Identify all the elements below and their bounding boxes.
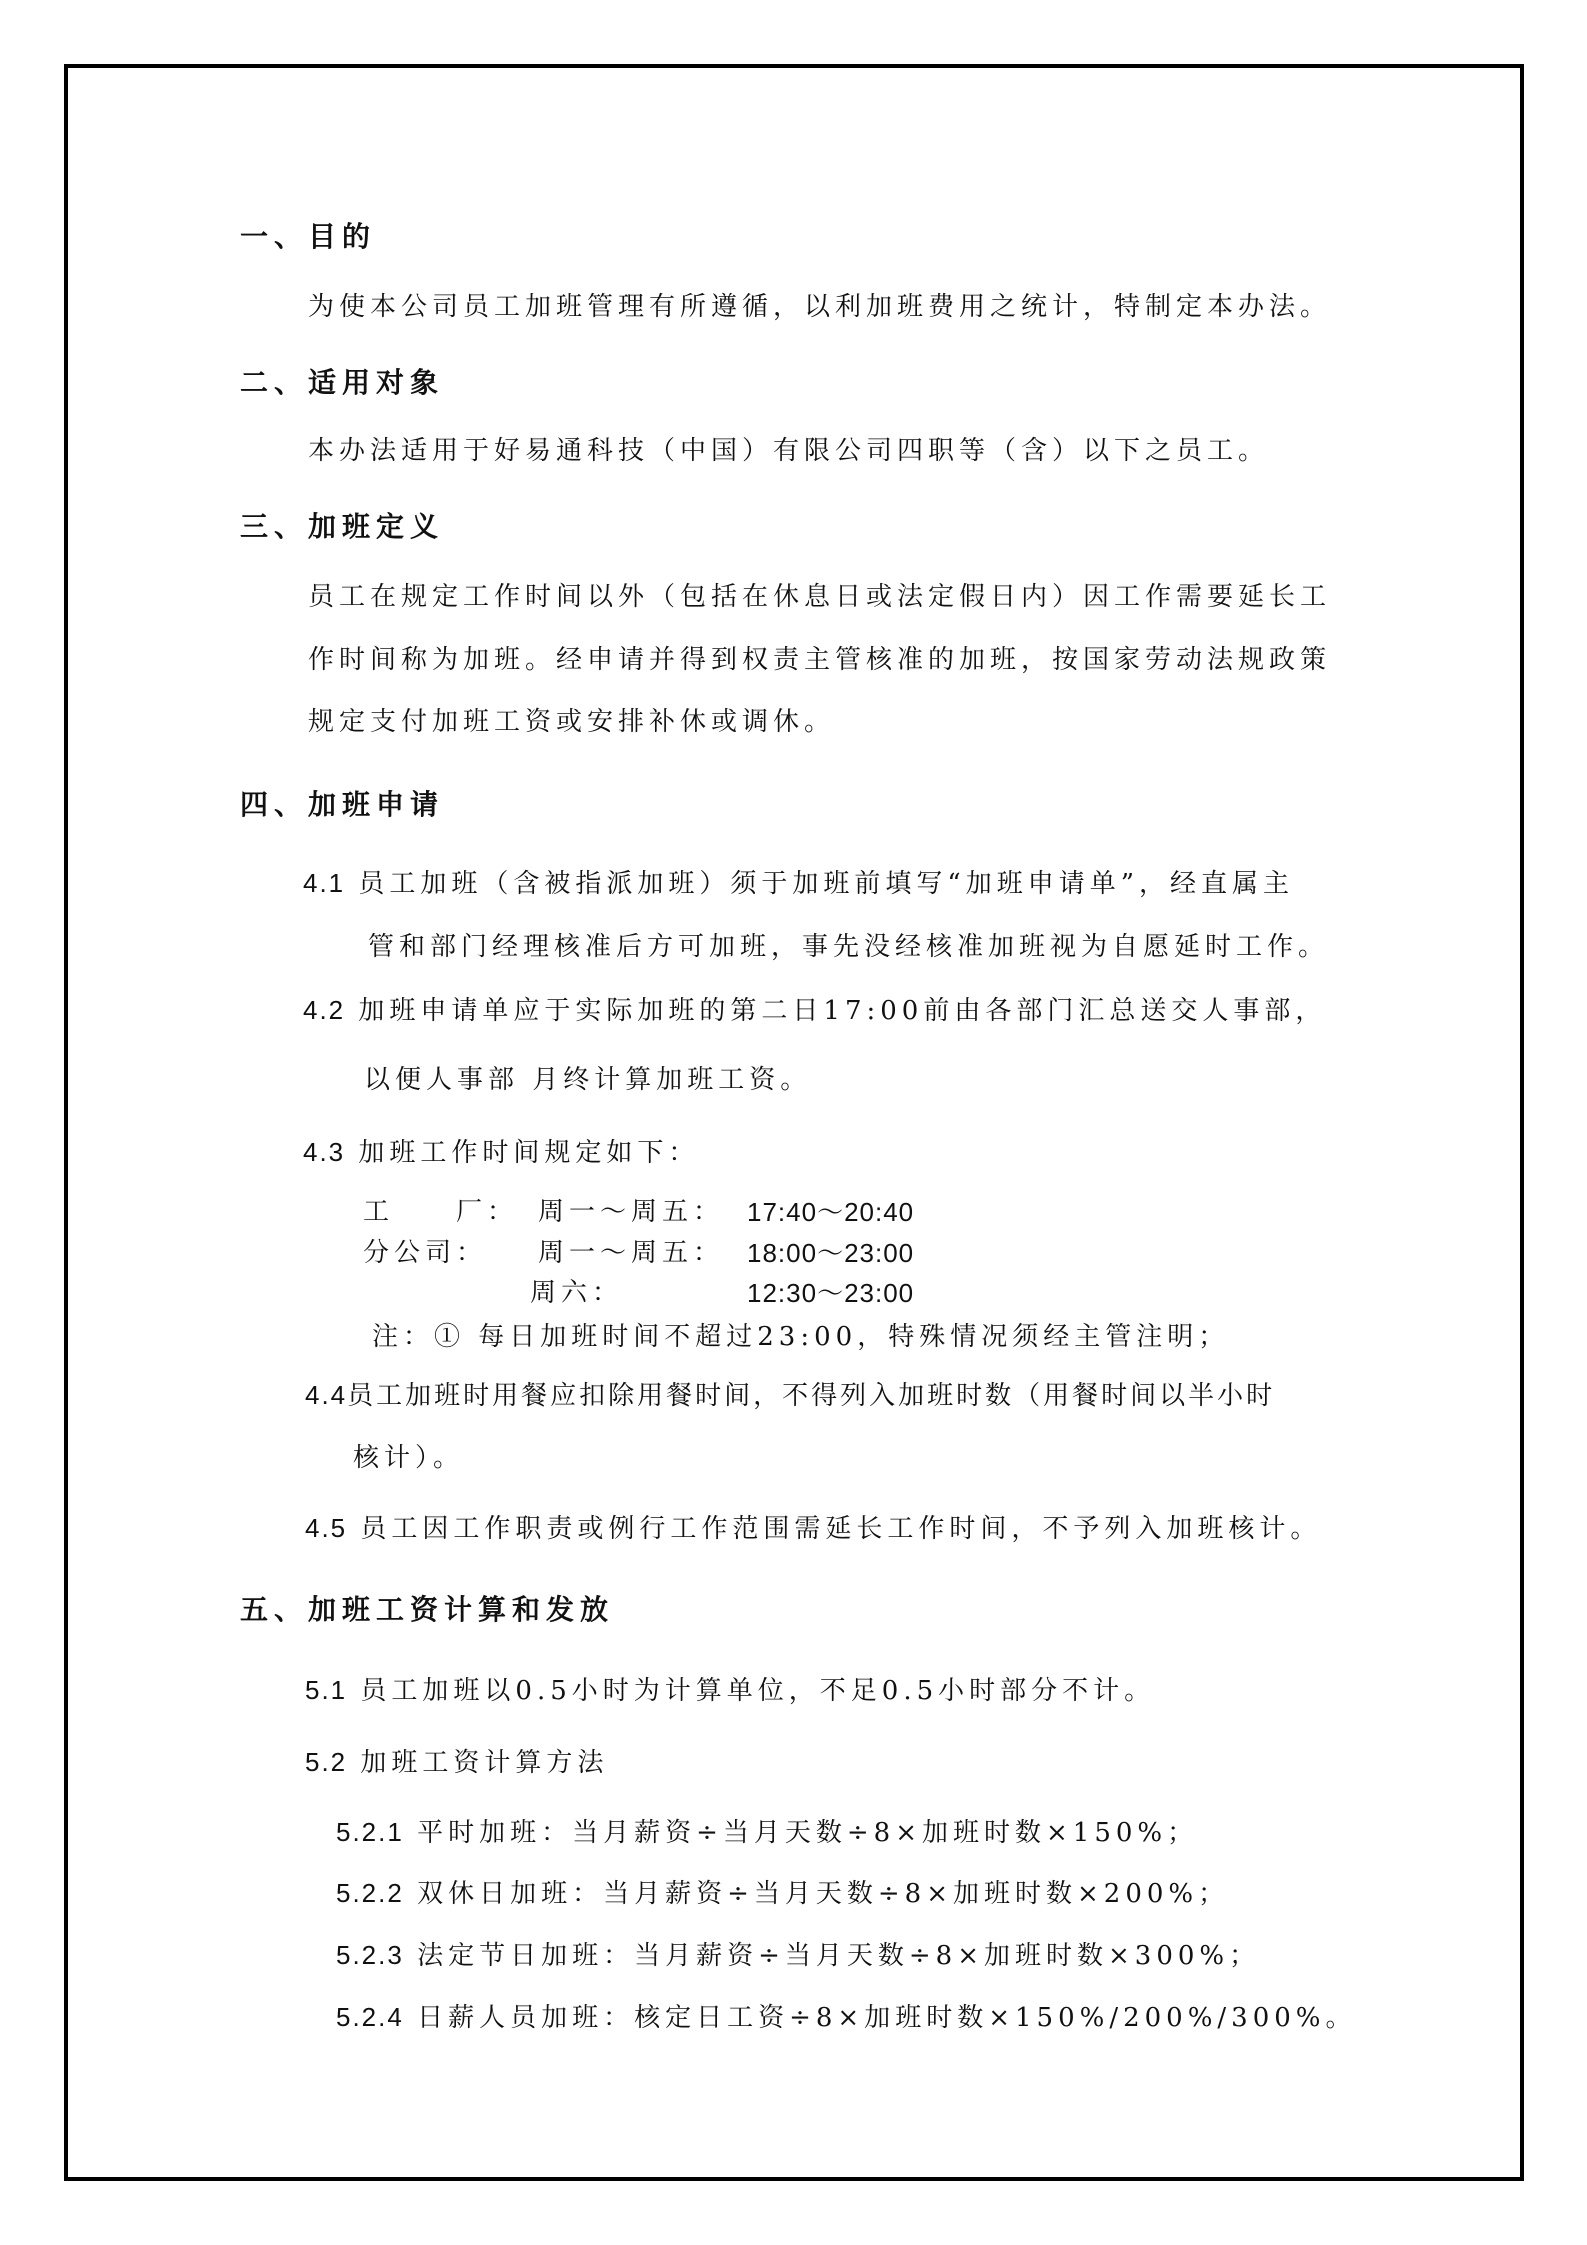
schedule-location: 分公司： [363, 1237, 487, 1269]
schedule-days: 周六： [530, 1277, 623, 1309]
item-4-5: 4.5 员工因工作职责或例行工作范围需延长工作时间，不予列入加班核计。 [305, 1512, 1321, 1545]
schedule-days: 周一～周五： [538, 1237, 724, 1269]
section-2-paragraph: 本办法适用于好易通科技（中国）有限公司四职等（含）以下之员工。 [308, 435, 1269, 467]
item-4-1: 4.1 员工加班（含被指派加班）须于加班前填写“加班申请单”，经直属主 [303, 867, 1294, 900]
schedule-location: 工 厂： [363, 1196, 518, 1228]
formula-5-2-1: 5.2.1 平时加班：当月薪资÷当月天数÷8×加班时数×150%； [336, 1816, 1198, 1849]
formula-text: 法定节日加班：当月薪资÷当月天数÷8×加班时数×300%； [417, 1941, 1260, 1971]
item-4-1-continuation: 管和部门经理核准后方可加班，事先没经核准加班视为自愿延时工作。 [368, 931, 1329, 963]
schedule-time: 17:40～20:40 [747, 1196, 914, 1228]
item-text: 员工加班时用餐应扣除用餐时间，不得列入加班时数（用餐时间以半小时 [347, 1381, 1275, 1411]
formula-5-2-4: 5.2.4 日薪人员加班：核定日工资÷8×加班时数×150%/200%/300%… [336, 2001, 1357, 2034]
item-number: 4.3 [303, 1137, 345, 1167]
schedule-time: 18:00～23:00 [747, 1237, 914, 1269]
item-number: 4.2 [303, 995, 345, 1025]
schedule-time: 12:30～23:00 [747, 1277, 914, 1309]
formula-5-2-3: 5.2.3 法定节日加班：当月薪资÷当月天数÷8×加班时数×300%； [336, 1939, 1260, 1972]
section-1-heading: 一、目的 [240, 221, 376, 253]
formula-5-2-2: 5.2.2 双休日加班：当月薪资÷当月天数÷8×加班时数×200%； [336, 1877, 1229, 1910]
item-number: 5.1 [305, 1675, 347, 1705]
item-number: 4.1 [303, 868, 345, 898]
section-4-heading: 四、加班申请 [240, 789, 444, 821]
section-1-paragraph: 为使本公司员工加班管理有所遵循，以利加班费用之统计，特制定本办法。 [308, 291, 1331, 323]
item-text: 加班工资计算方法 [360, 1748, 608, 1778]
section-3-heading: 三、加班定义 [240, 511, 444, 543]
item-4-2-continuation: 以便人事部 月终计算加班工资。 [364, 1064, 811, 1096]
item-5-2: 5.2 加班工资计算方法 [305, 1746, 608, 1779]
item-4-3: 4.3 加班工作时间规定如下： [303, 1136, 699, 1169]
item-number: 4.4 [305, 1380, 347, 1410]
item-number: 5.2.3 [336, 1940, 404, 1970]
formula-text: 日薪人员加班：核定日工资÷8×加班时数×150%/200%/300%。 [417, 2003, 1356, 2033]
item-text: 加班申请单应于实际加班的第二日17:00前由各部门汇总送交人事部， [358, 996, 1326, 1026]
section-3-paragraph-line: 作时间称为加班。经申请并得到权责主管核准的加班，按国家劳动法规政策 [308, 644, 1331, 676]
item-number: 5.2.4 [336, 2002, 404, 2032]
section-5-heading: 五、加班工资计算和发放 [240, 1594, 614, 1626]
item-text: 员工加班（含被指派加班）须于加班前填写“加班申请单”，经直属主 [358, 869, 1294, 899]
item-4-4-continuation: 核计）。 [353, 1442, 464, 1474]
item-5-1: 5.1 员工加班以0.5小时为计算单位，不足0.5小时部分不计。 [305, 1674, 1155, 1707]
item-number: 4.5 [305, 1513, 347, 1543]
item-text: 加班工作时间规定如下： [358, 1138, 699, 1168]
section-3-paragraph-line: 员工在规定工作时间以外（包括在休息日或法定假日内）因工作需要延长工 [308, 581, 1331, 613]
formula-text: 双休日加班：当月薪资÷当月天数÷8×加班时数×200%； [417, 1879, 1229, 1909]
item-number: 5.2.2 [336, 1878, 404, 1908]
item-4-4: 4.4员工加班时用餐应扣除用餐时间，不得列入加班时数（用餐时间以半小时 [305, 1379, 1275, 1412]
schedule-days: 周一～周五： [538, 1196, 724, 1228]
item-4-2: 4.2 加班申请单应于实际加班的第二日17:00前由各部门汇总送交人事部， [303, 994, 1326, 1027]
schedule-note: 注：① 每日加班时间不超过23:00，特殊情况须经主管注明； [372, 1321, 1229, 1353]
section-2-heading: 二、适用对象 [240, 367, 444, 399]
item-text: 员工因工作职责或例行工作范围需延长工作时间，不予列入加班核计。 [360, 1514, 1321, 1544]
item-number: 5.2.1 [336, 1817, 404, 1847]
formula-text: 平时加班：当月薪资÷当月天数÷8×加班时数×150%； [417, 1818, 1198, 1848]
item-text: 员工加班以0.5小时为计算单位，不足0.5小时部分不计。 [360, 1676, 1155, 1706]
item-number: 5.2 [305, 1747, 347, 1777]
section-3-paragraph-line: 规定支付加班工资或安排补休或调休。 [308, 706, 835, 738]
